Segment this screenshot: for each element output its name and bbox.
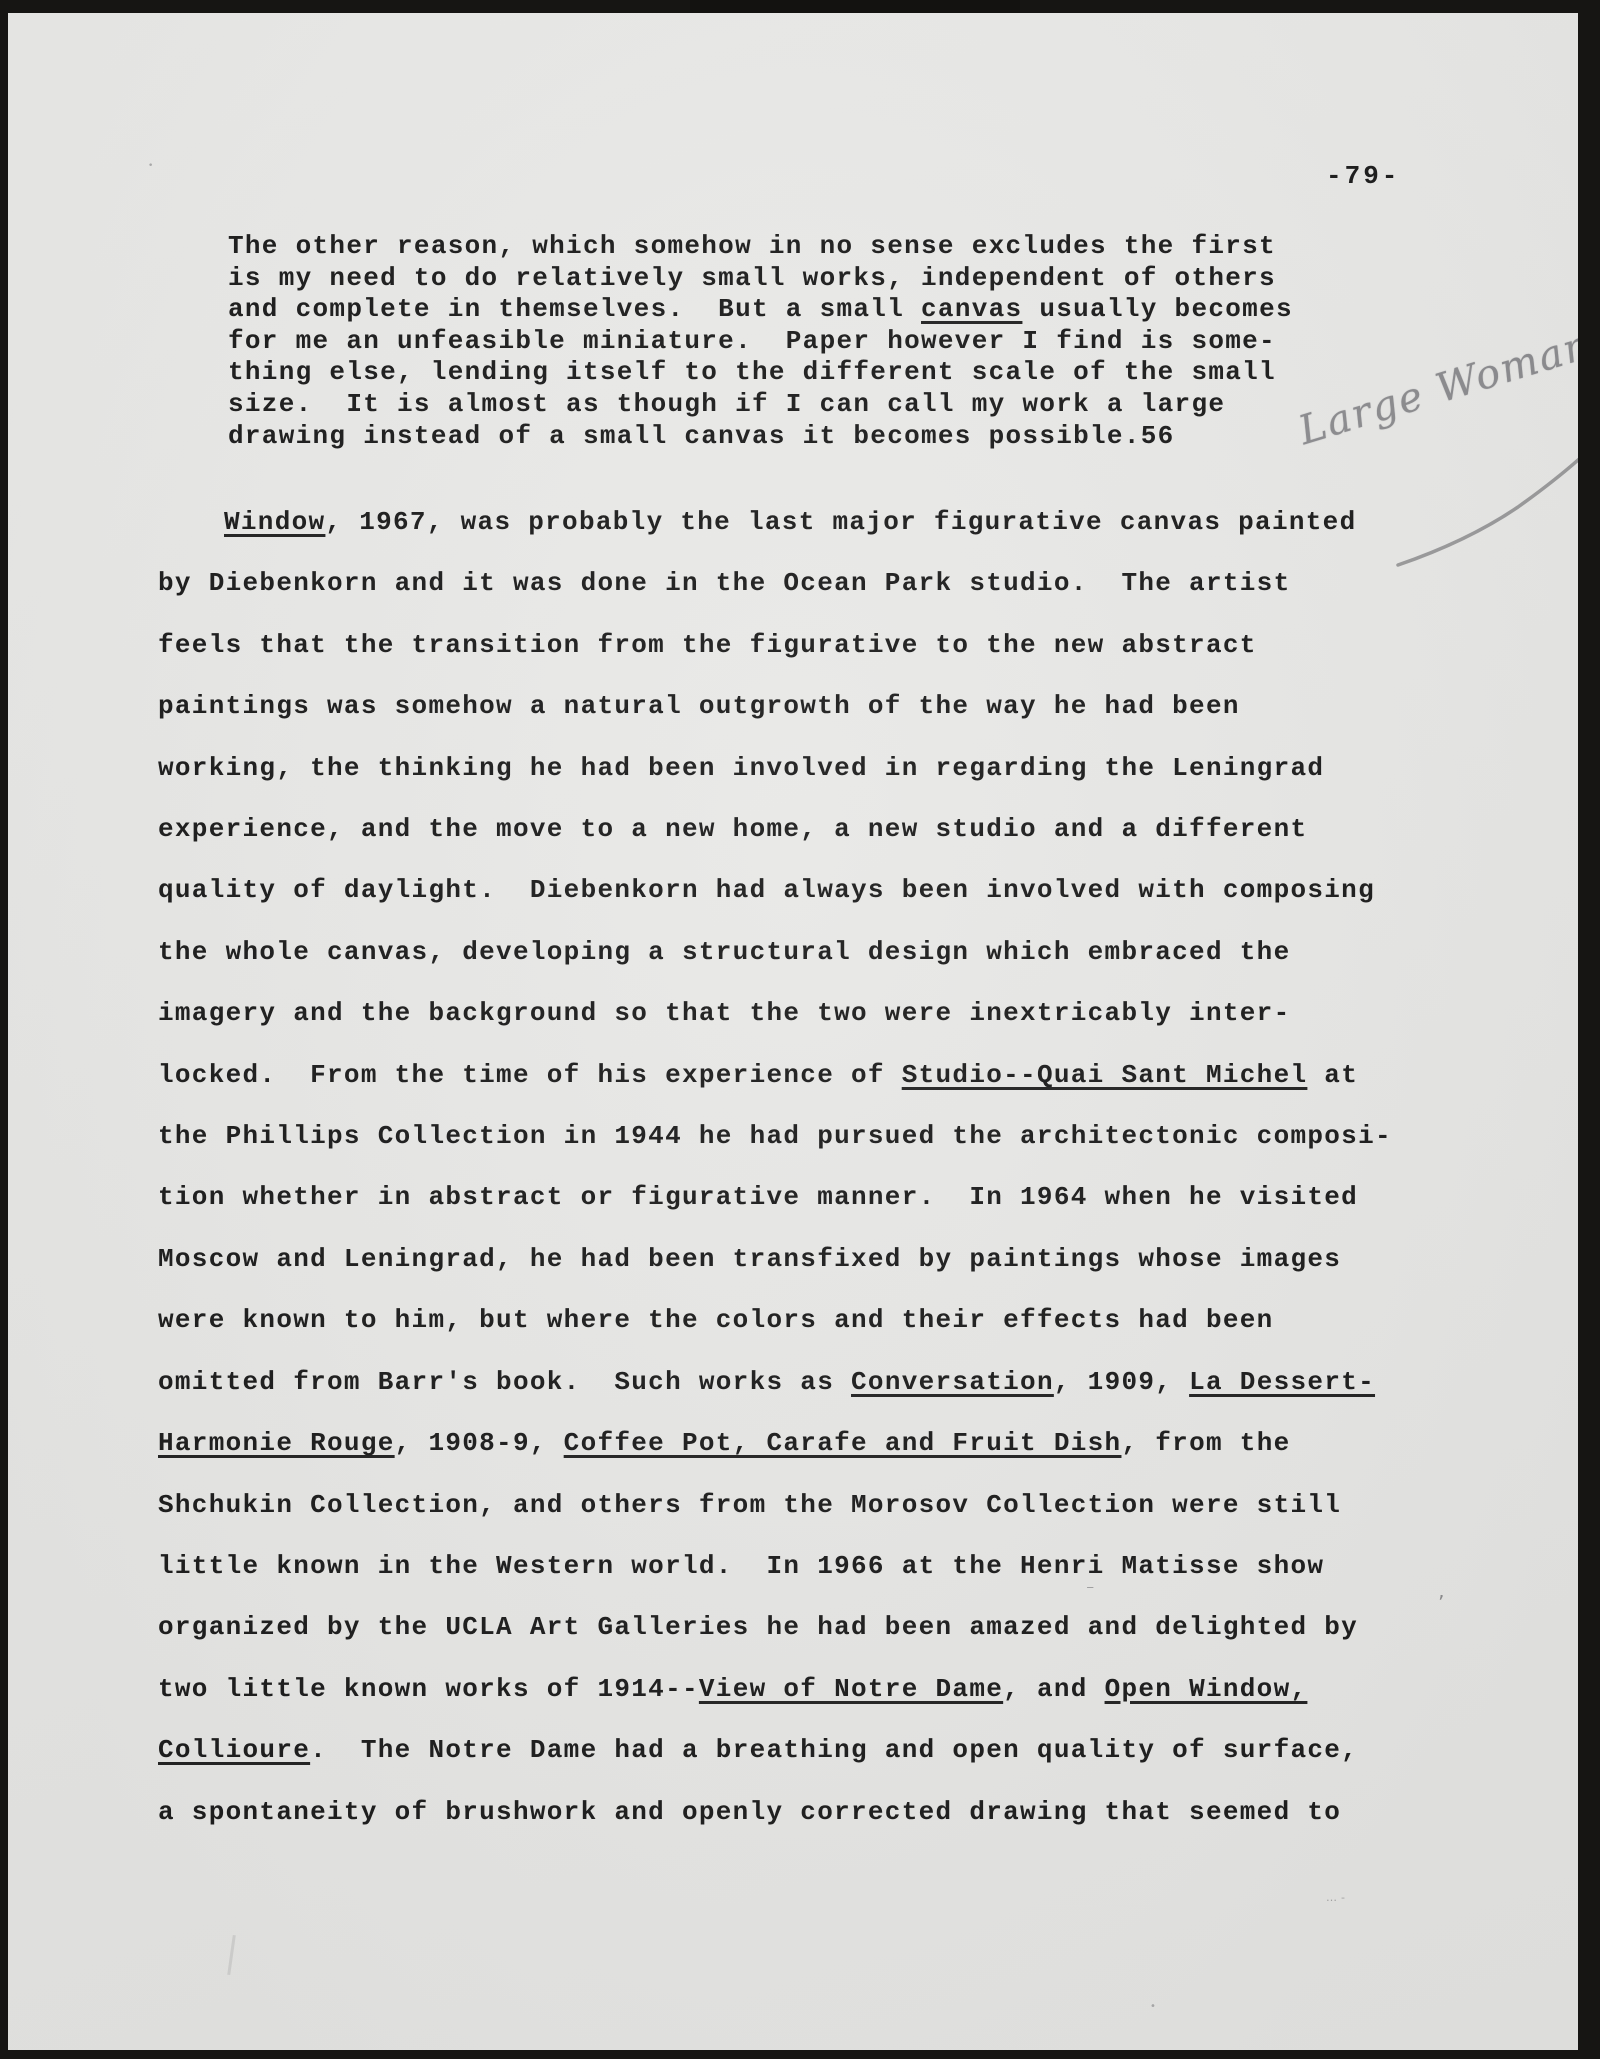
body-line: little known in the Western world. In 19… [158, 1536, 1392, 1597]
body-line: Collioure. The Notre Dame had a breathin… [158, 1720, 1392, 1781]
typed-text: a spontaneity of brushwork and openly co… [158, 1797, 1341, 1827]
underlined-title: Harmonie Rouge [158, 1428, 395, 1458]
quote-line: drawing instead of a small canvas it bec… [228, 421, 1293, 453]
pencil-speck: ’ [1438, 1591, 1444, 1615]
typed-text: experience, and the move to a new home, … [158, 814, 1307, 844]
typed-text: usually becomes [1022, 294, 1292, 324]
typed-text: thing else, lending itself to the differ… [228, 357, 1276, 387]
underlined-title: Collioure [158, 1735, 310, 1765]
body-line: tion whether in abstract or figurative m… [158, 1167, 1392, 1228]
body-line: working, the thinking he had been involv… [158, 738, 1392, 799]
typed-text: feels that the transition from the figur… [158, 630, 1257, 660]
body-line: organized by the UCLA Art Galleries he h… [158, 1597, 1392, 1658]
typed-text: omitted from Barr's book. Such works as [158, 1367, 851, 1397]
pencil-speck [227, 1935, 236, 1975]
underlined-title: Studio--Quai Sant Michel [902, 1060, 1308, 1090]
pencil-speck: ⁻ [1086, 1581, 1094, 1600]
scanned-page: -79- The other reason, which somehow in … [0, 0, 1600, 2059]
body-line: quality of daylight. Diebenkorn had alwa… [158, 860, 1392, 921]
typed-text: paintings was somehow a natural outgrowt… [158, 691, 1240, 721]
typed-text: size. It is almost as though if I can ca… [228, 389, 1225, 419]
typed-text: quality of daylight. Diebenkorn had alwa… [158, 875, 1375, 905]
underlined-title: Window [224, 507, 325, 537]
body-line: Shchukin Collection, and others from the… [158, 1475, 1392, 1536]
typed-text: , 1908-9, [395, 1428, 564, 1458]
typed-text: , 1909, [1054, 1367, 1189, 1397]
underlined-title: Open Window, [1105, 1674, 1308, 1704]
typed-text: tion whether in abstract or figurative m… [158, 1182, 1358, 1212]
typed-text: The other reason, which somehow in no se… [228, 231, 1276, 261]
typed-text: the whole canvas, developing a structura… [158, 937, 1290, 967]
typed-text: for me an unfeasible miniature. Paper ho… [228, 326, 1276, 356]
typed-text: little known in the Western world. In 19… [158, 1551, 1324, 1581]
body-line: by Diebenkorn and it was done in the Oce… [158, 553, 1392, 614]
typed-text: organized by the UCLA Art Galleries he h… [158, 1612, 1358, 1642]
body-line: two little known works of 1914--View of … [158, 1659, 1392, 1720]
body-line: paintings was somehow a natural outgrowt… [158, 676, 1392, 737]
body-line: omitted from Barr's book. Such works as … [158, 1352, 1392, 1413]
typed-text: the Phillips Collection in 1944 he had p… [158, 1121, 1392, 1151]
typed-text: at [1307, 1060, 1358, 1090]
typed-text: drawing instead of a small canvas it bec… [228, 421, 1175, 451]
quote-line: The other reason, which somehow in no se… [228, 231, 1293, 263]
typed-text: by Diebenkorn and it was done in the Oce… [158, 568, 1290, 598]
handwritten-annotation: Large Woman [1293, 311, 1578, 454]
underlined-title: View of Notre Dame [699, 1674, 1003, 1704]
pencil-speck: …‐ [1326, 1891, 1349, 1904]
body-line: experience, and the move to a new home, … [158, 799, 1392, 860]
underlined-title: Coffee Pot, Carafe and Fruit Dish [564, 1428, 1122, 1458]
typed-text: , 1967, was probably the last major figu… [325, 507, 1356, 537]
typed-text: , and [1003, 1674, 1104, 1704]
typed-text: locked. From the time of his experience … [158, 1060, 902, 1090]
body-paragraph: Window, 1967, was probably the last majo… [158, 492, 1392, 1843]
typed-text: , from the [1121, 1428, 1290, 1458]
body-line: locked. From the time of his experience … [158, 1045, 1392, 1106]
body-line: the whole canvas, developing a structura… [158, 922, 1392, 983]
underlined-title: Conversation [851, 1367, 1054, 1397]
typed-text: two little known works of 1914-- [158, 1674, 699, 1704]
pencil-speck: • [148, 161, 153, 171]
body-line: the Phillips Collection in 1944 he had p… [158, 1106, 1392, 1167]
quote-line: is my need to do relatively small works,… [228, 263, 1293, 295]
block-quote: The other reason, which somehow in no se… [228, 231, 1293, 452]
body-line: feels that the transition from the figur… [158, 615, 1392, 676]
typed-text: Moscow and Leningrad, he had been transf… [158, 1244, 1341, 1274]
underlined-title: La Dessert- [1189, 1367, 1375, 1397]
body-line: imagery and the background so that the t… [158, 983, 1392, 1044]
quote-line: thing else, lending itself to the differ… [228, 357, 1293, 389]
pencil-speck: • [1150, 2001, 1156, 2012]
typed-text: and complete in themselves. But a small [228, 294, 921, 324]
typed-text: working, the thinking he had been involv… [158, 753, 1324, 783]
body-line: were known to him, but where the colors … [158, 1290, 1392, 1351]
typed-text: is my need to do relatively small works,… [228, 263, 1276, 293]
typed-text: Shchukin Collection, and others from the… [158, 1490, 1341, 1520]
underlined-title: canvas [921, 294, 1022, 324]
quote-line: and complete in themselves. But a small … [228, 294, 1293, 326]
typed-text: were known to him, but where the colors … [158, 1305, 1274, 1335]
body-line: Moscow and Leningrad, he had been transf… [158, 1229, 1392, 1290]
typed-text: imagery and the background so that the t… [158, 998, 1290, 1028]
document-paper: -79- The other reason, which somehow in … [8, 13, 1578, 2050]
page-number: -79- [1326, 161, 1400, 191]
typed-text: . The Notre Dame had a breathing and ope… [310, 1735, 1358, 1765]
quote-line: for me an unfeasible miniature. Paper ho… [228, 326, 1293, 358]
body-line: Harmonie Rouge, 1908-9, Coffee Pot, Cara… [158, 1413, 1392, 1474]
quote-line: size. It is almost as though if I can ca… [228, 389, 1293, 421]
body-line: Window, 1967, was probably the last majo… [158, 492, 1392, 553]
body-line: a spontaneity of brushwork and openly co… [158, 1782, 1392, 1843]
